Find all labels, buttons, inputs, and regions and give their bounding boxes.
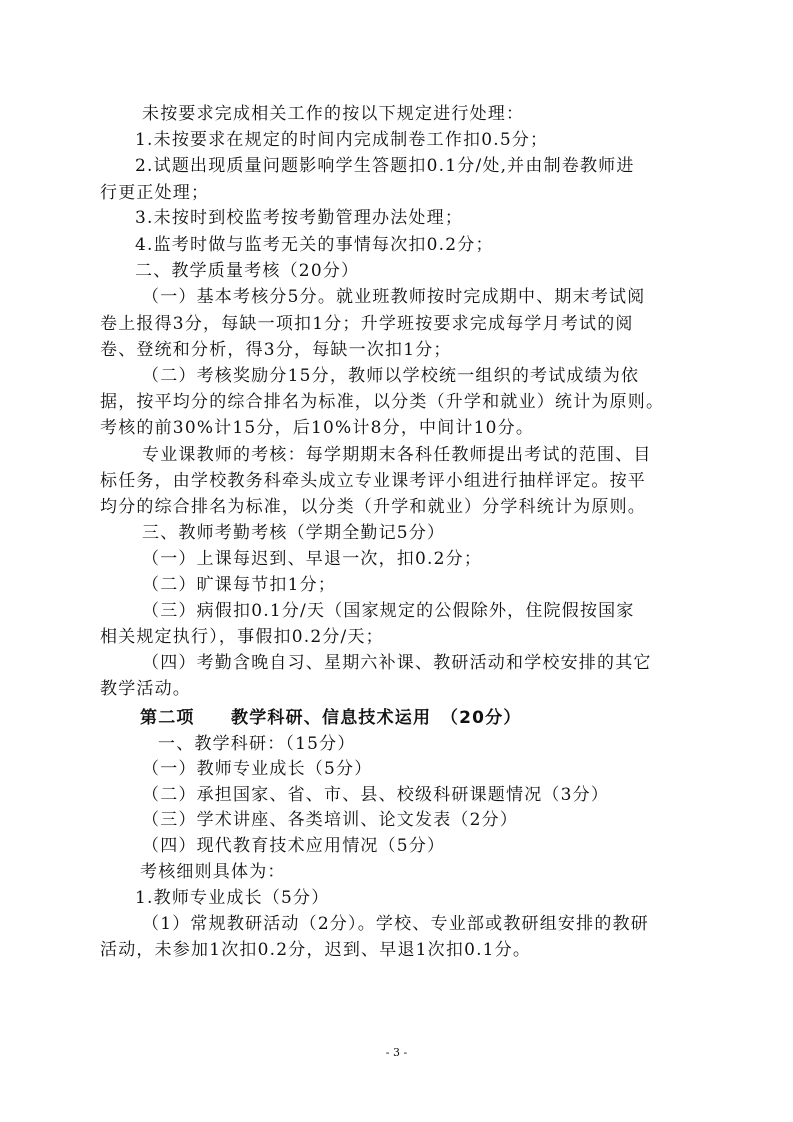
- text-line: （一）基本考核分5分。就业班教师按时完成期中、期末考试阅: [142, 285, 645, 309]
- text-line: 活动，未参加1次扣0.2分，迟到、早退1次扣0.1分。: [100, 938, 531, 962]
- text-line: （三）学术讲座、各类培训、论文发表（2分）: [142, 808, 518, 832]
- text-line: 1.教师专业成长（5分）: [135, 886, 329, 910]
- text-line: 卷、登统和分析，得3分，每缺一次扣1分；: [100, 338, 452, 362]
- text-line: 相关规定执行），事假扣0.2分/天；: [100, 625, 384, 649]
- text-line: （二）旷课每节扣1分；: [142, 573, 336, 597]
- text-line: （1）常规教研活动（2分）。学校、专业部或教研组安排的教研: [142, 912, 649, 936]
- text-line: （二）考核奖励分15分，教师以学校统一组织的考试成绩为依: [142, 364, 639, 388]
- text-line: 1.未按要求在规定的时间内完成制卷工作扣0.5分；: [135, 128, 548, 152]
- section-heading: 一、教学科研：（15分）: [158, 732, 356, 756]
- section-heading: 三、教师考勤考核（学期全勤记5分）: [142, 521, 445, 545]
- text-line: 标任务，由学校教务科牵头成立专业课考评小组进行抽样评定。按平: [100, 469, 646, 493]
- text-line: 考核细则具体为：: [140, 860, 286, 884]
- text-line: 3.未按时到校监考按考勤管理办法处理；: [135, 206, 463, 230]
- text-line: 2.试题出现质量问题影响学生答题扣0.1分/处,并由制卷教师进: [135, 154, 635, 178]
- text-line: 专业课教师的考核：每学期期末各科任教师提出考试的范围、目: [142, 443, 652, 467]
- text-line: 行更正处理；: [100, 181, 209, 205]
- document-page: 未按要求完成相关工作的按以下规定进行处理： 1.未按要求在规定的时间内完成制卷工…: [0, 0, 793, 1122]
- text-line: 教学活动。: [100, 677, 191, 701]
- page-number: - 3 -: [0, 1046, 793, 1059]
- text-line: 据，按平均分的综合排名为标准，以分类（升学和就业）统计为原则。: [100, 390, 664, 414]
- text-line: 4.监考时做与监考无关的事情每次扣0.2分；: [135, 233, 494, 257]
- text-line: （四）考勤含晚自习、星期六补课、教研活动和学校安排的其它: [142, 651, 652, 675]
- text-line: 均分的综合排名为标准，以分类（升学和就业）分学科统计为原则。: [100, 495, 646, 519]
- text-line: （一）上课每迟到、早退一次，扣0.2分；: [142, 547, 482, 571]
- text-line: 考核的前30%计15分，后10%计8分，中间计10分。: [100, 416, 534, 440]
- text-line: （一）教师专业成长（5分）: [142, 757, 372, 781]
- chapter-heading: 第二项 教学科研、信息技术运用 （20分）: [140, 706, 522, 730]
- text-line: （二）承担国家、省、市、县、校级科研课题情况（3分）: [142, 783, 609, 807]
- text-line: 卷上报得3分，每缺一项扣1分；升学班按要求完成每学月考试的阅: [100, 312, 634, 336]
- text-line: 未按要求完成相关工作的按以下规定进行处理：: [142, 102, 524, 126]
- text-line: （四）现代教育技术应用情况（5分）: [142, 834, 445, 858]
- section-heading: 二、教学质量考核（20分）: [135, 259, 359, 283]
- text-line: （三）病假扣0.1分/天（国家规定的公假除外，住院假按国家: [142, 599, 635, 623]
